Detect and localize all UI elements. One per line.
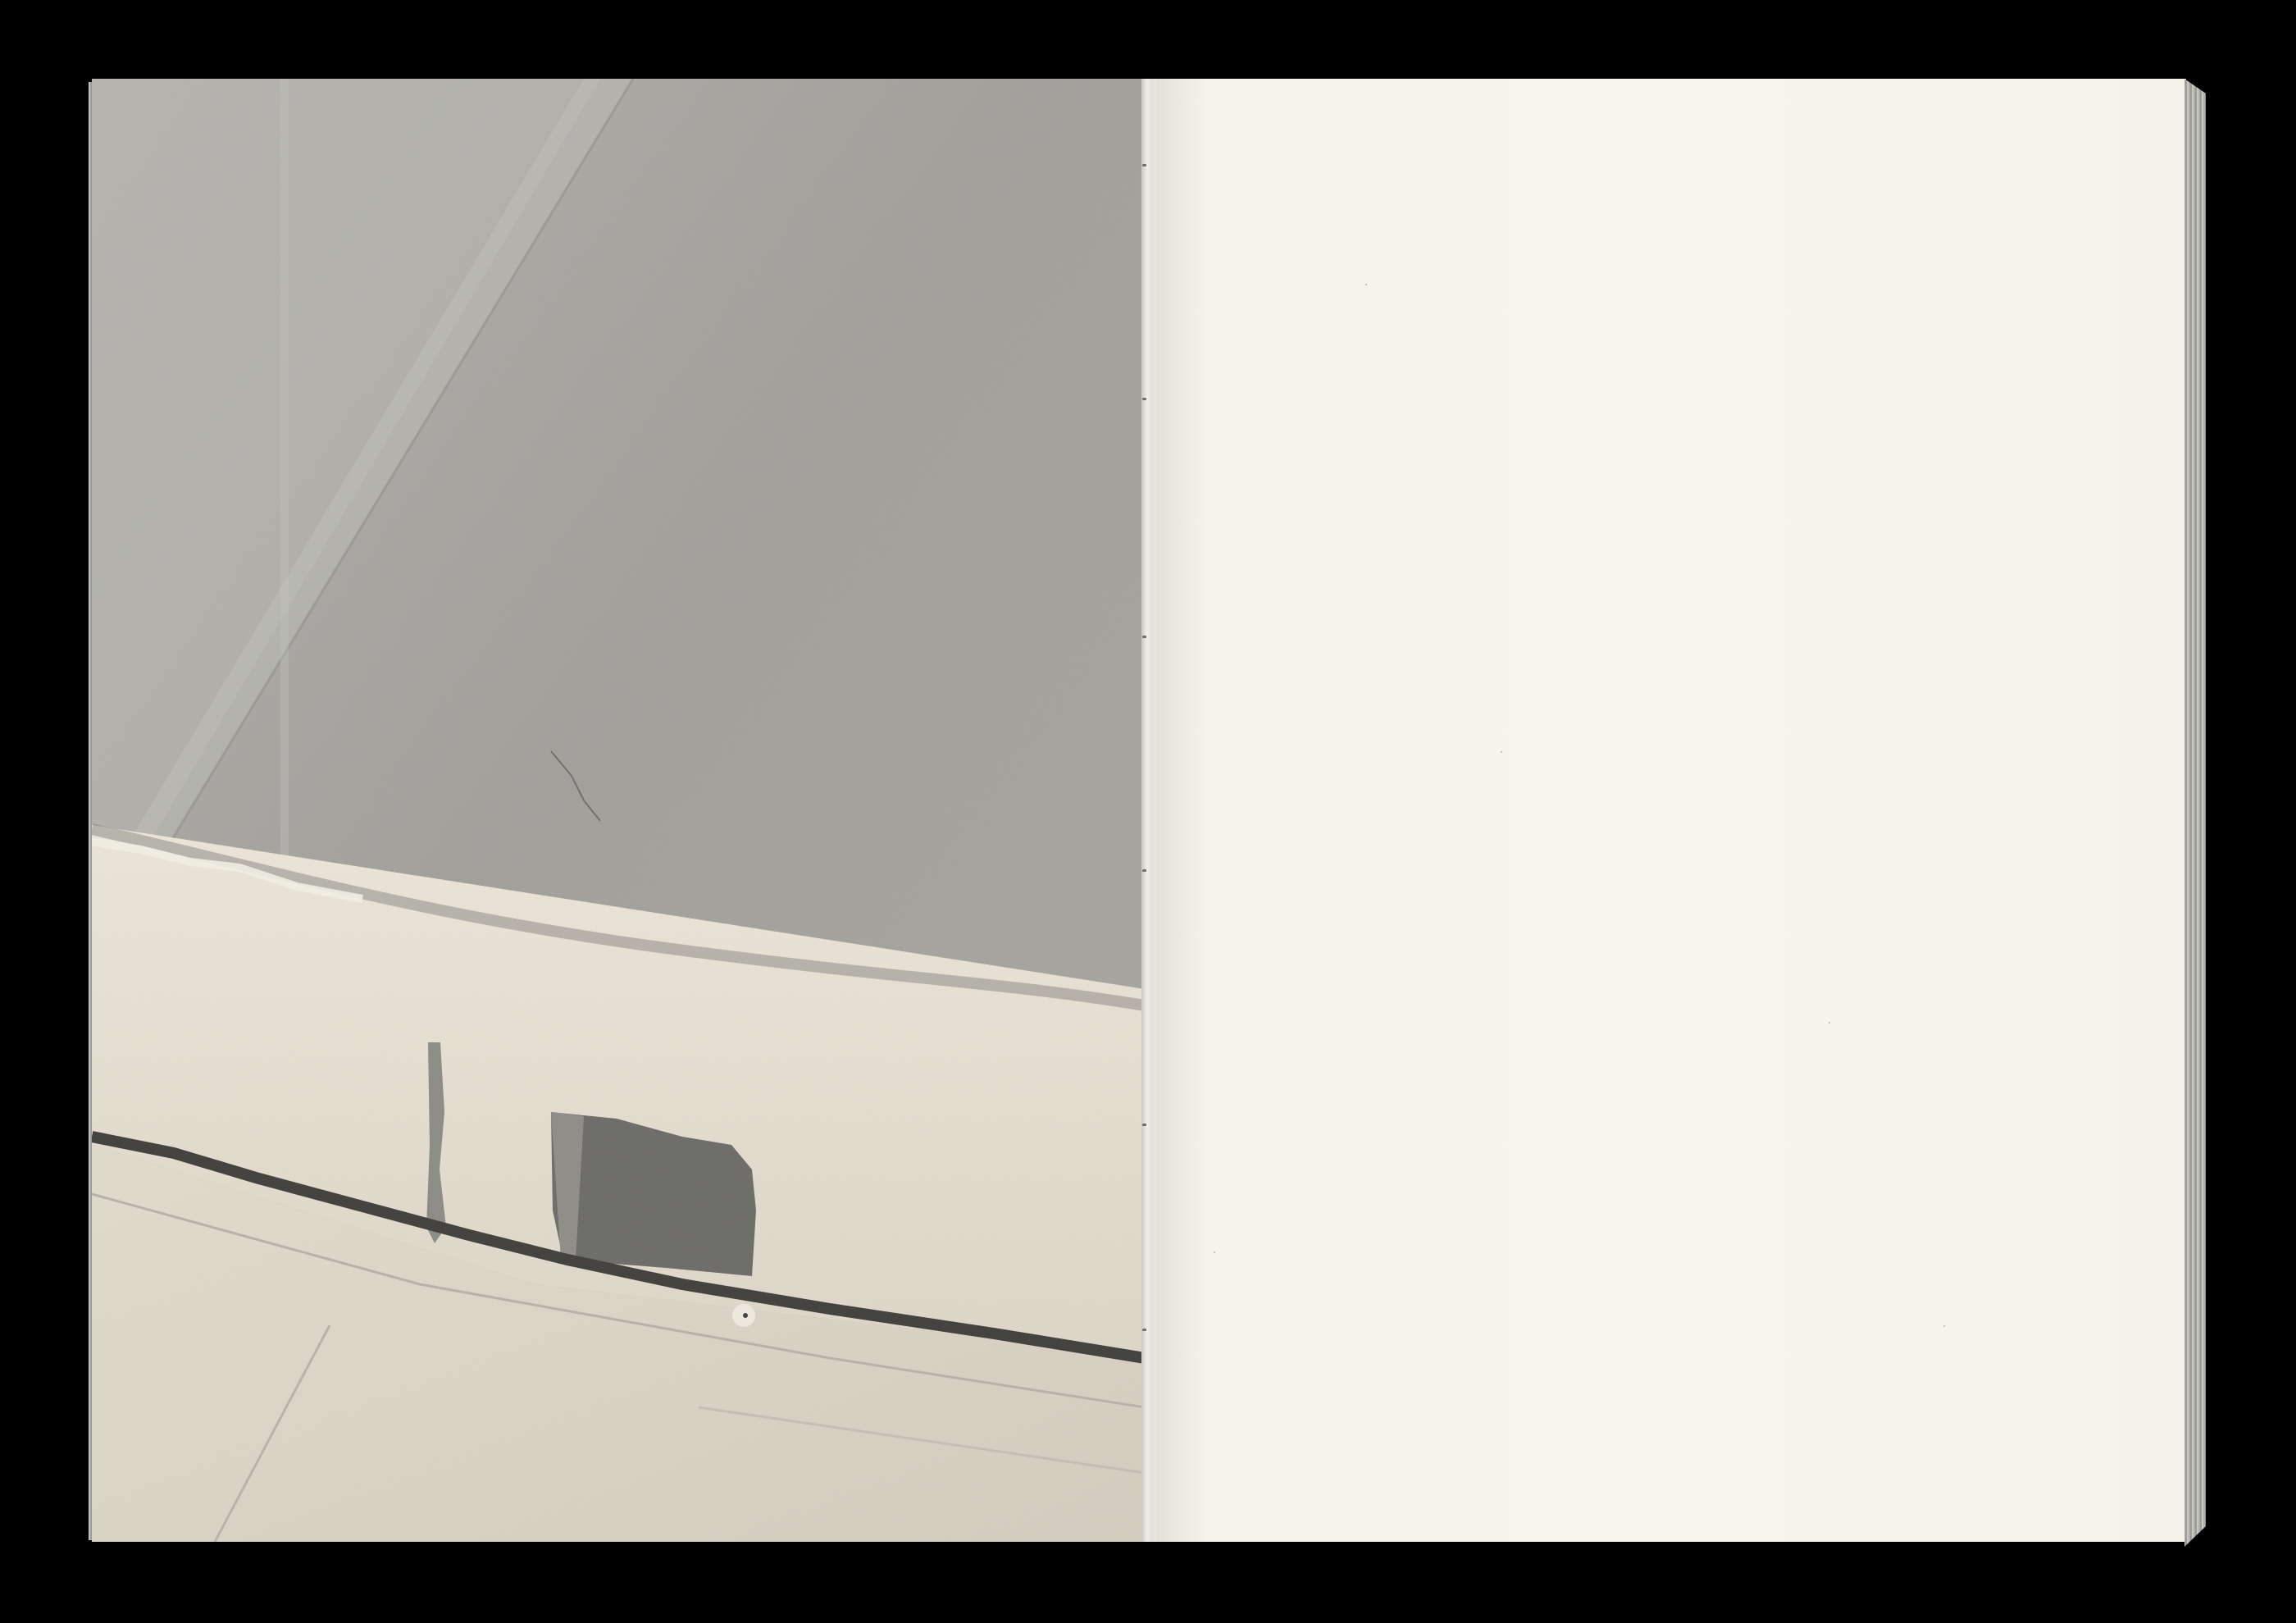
- page-edge-stack: [2184, 79, 2206, 1547]
- paper-speck: [1943, 1325, 1945, 1327]
- binding-stitch: [1142, 636, 1146, 638]
- binding-stitch: [1142, 869, 1146, 872]
- left-page-photograph: [92, 79, 1145, 1542]
- booklet-spread: [0, 0, 2296, 1623]
- binding-stitch: [1142, 164, 1146, 166]
- right-page-blank: [1156, 79, 2186, 1542]
- binding-stitch: [1142, 398, 1146, 400]
- paper-speck: [1501, 751, 1502, 753]
- paper-speck: [1365, 284, 1367, 285]
- photograph: [92, 79, 1145, 1542]
- binding-stitch: [1142, 1124, 1146, 1126]
- paper-speck: [1214, 1251, 1215, 1253]
- paper-speck: [1829, 1022, 1830, 1023]
- binding-stitch: [1142, 1329, 1146, 1331]
